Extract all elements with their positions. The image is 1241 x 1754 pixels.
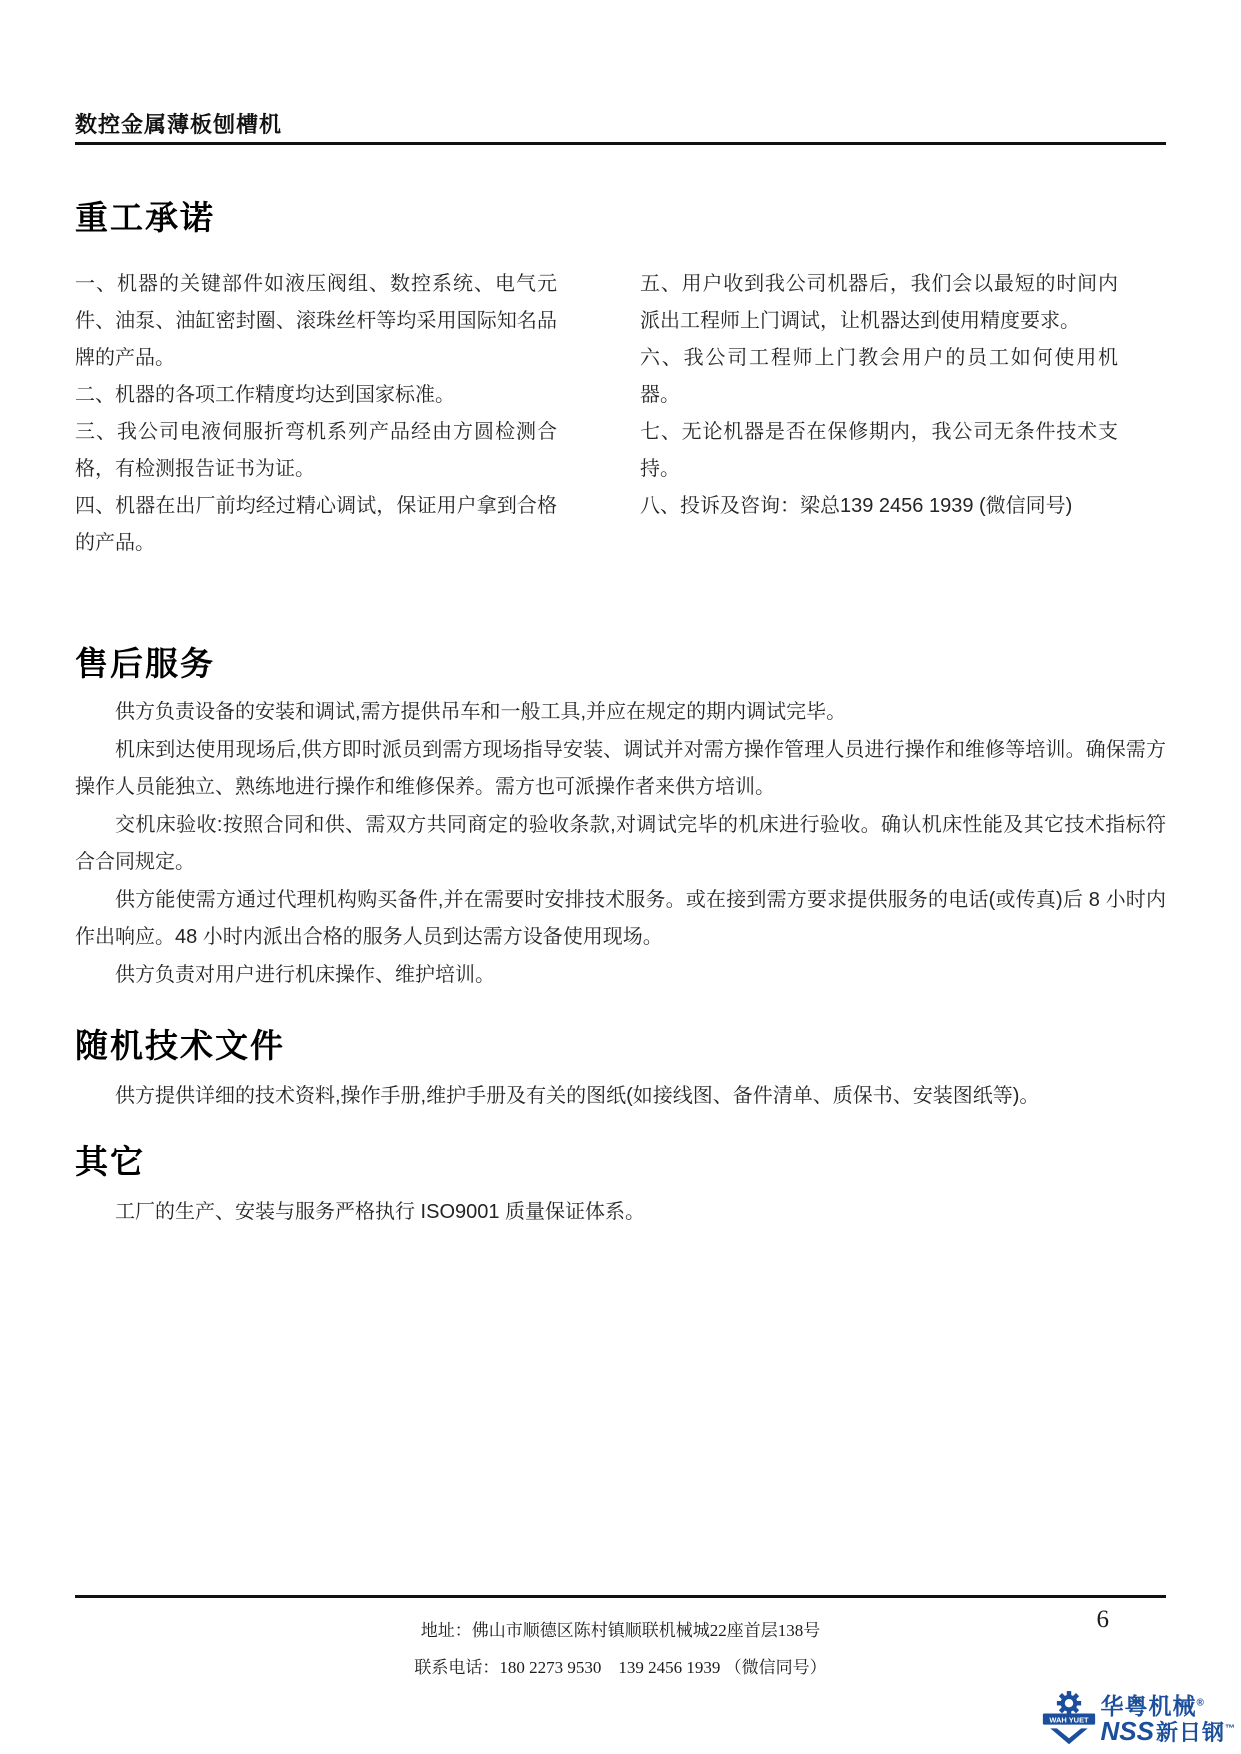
- tech-docs-paragraphs: 供方提供详细的技术资料,操作手册,维护手册及有关的图纸(如接线图、备件清单、质保…: [75, 1078, 1166, 1116]
- section-title-others: 其它: [75, 1144, 145, 1180]
- after-sales-paragraph-1: 供方负责设备的安装和调试,需方提供吊车和一般工具,并应在规定的期内调试完毕。: [75, 694, 1166, 732]
- commitment-columns: 一、机器的关键部件如液压阀组、数控系统、电气元件、油泵、油缸密封圈、滚珠丝杆等均…: [75, 266, 1166, 562]
- commitment-item-6: 六、我公司工程师上门教会用户的员工如何使用机器。: [640, 340, 1118, 414]
- brand-name-line: 华粤机械®: [1101, 1694, 1236, 1718]
- brand-logo: WAH YUET 华粤机械® NSS新日钢™: [1041, 1690, 1236, 1750]
- gear-banner-text: WAH YUET: [1049, 1715, 1089, 1724]
- after-sales-paragraphs: 供方负责设备的安装和调试,需方提供吊车和一般工具,并应在规定的期内调试完毕。 机…: [75, 694, 1166, 994]
- others-paragraph-1: 工厂的生产、安装与服务严格执行 ISO9001 质量保证体系。: [75, 1194, 1166, 1232]
- page-header: 数控金属薄板刨槽机: [75, 108, 1166, 139]
- commitment-left-column: 一、机器的关键部件如液压阀组、数控系统、电气元件、油泵、油缸密封圈、滚珠丝杆等均…: [75, 266, 557, 562]
- page-footer: 地址：佛山市顺德区陈村镇顺联机械城22座首层138号 联系电话：180 2273…: [75, 1612, 1166, 1686]
- commitment-item-3: 三、我公司电液伺服折弯机系列产品经由方圆检测合格，有检测报告证书为证。: [75, 414, 557, 488]
- footer-phone: 联系电话：180 2273 9530 139 2456 1939 （微信同号）: [75, 1649, 1166, 1686]
- brand-name: 华粤机械: [1101, 1693, 1197, 1719]
- wah-yuet-gear-icon: WAH YUET: [1041, 1690, 1097, 1750]
- document-page: 数控金属薄板刨槽机 重工承诺 一、机器的关键部件如液压阀组、数控系统、电气元件、…: [0, 0, 1241, 1754]
- registered-mark: ®: [1197, 1698, 1205, 1709]
- after-sales-paragraph-5: 供方负责对用户进行机床操作、维护培训。: [75, 957, 1166, 995]
- after-sales-paragraph-2: 机床到达使用现场后,供方即时派员到需方现场指导安装、调试并对需方操作管理人员进行…: [75, 732, 1166, 807]
- nss-wordmark: NSS: [1101, 1716, 1154, 1746]
- others-paragraphs: 工厂的生产、安装与服务严格执行 ISO9001 质量保证体系。: [75, 1194, 1166, 1232]
- header-divider: [75, 142, 1166, 145]
- footer-divider: [75, 1595, 1166, 1598]
- footer-address: 地址：佛山市顺德区陈村镇顺联机械城22座首层138号: [75, 1612, 1166, 1649]
- after-sales-paragraph-3: 交机床验收:按照合同和供、需双方共同商定的验收条款,对调试完毕的机床进行验收。确…: [75, 807, 1166, 882]
- section-title-commitment: 重工承诺: [75, 200, 215, 236]
- after-sales-paragraph-4: 供方能使需方通过代理机构购买备件,并在需要时安排技术服务。或在接到需方要求提供服…: [75, 882, 1166, 957]
- commitment-item-4: 四、机器在出厂前均经过精心调试，保证用户拿到合格的产品。: [75, 488, 557, 562]
- tech-docs-paragraph-1: 供方提供详细的技术资料,操作手册,维护手册及有关的图纸(如接线图、备件清单、质保…: [75, 1078, 1166, 1116]
- section-title-after-sales: 售后服务: [75, 646, 215, 682]
- commitment-item-5: 五、用户收到我公司机器后，我们会以最短的时间内派出工程师上门调试，让机器达到使用…: [640, 266, 1118, 340]
- commitment-item-1: 一、机器的关键部件如液压阀组、数控系统、电气元件、油泵、油缸密封圈、滚珠丝杆等均…: [75, 266, 557, 377]
- commitment-item-8: 八、投诉及咨询：梁总139 2456 1939 (微信同号): [640, 488, 1118, 525]
- header-title: 数控金属薄板刨槽机: [75, 108, 1166, 139]
- commitment-item-7: 七、无论机器是否在保修期内，我公司无条件技术支持。: [640, 414, 1118, 488]
- page-number: 6: [1097, 1606, 1110, 1634]
- commitment-item-2: 二、机器的各项工作精度均达到国家标准。: [75, 377, 557, 414]
- brand-logo-text: 华粤机械® NSS新日钢™: [1101, 1694, 1236, 1745]
- trademark-mark: ™: [1225, 1724, 1236, 1735]
- commitment-right-column: 五、用户收到我公司机器后，我们会以最短的时间内派出工程师上门调试，让机器达到使用…: [640, 266, 1118, 562]
- sub-brand-name: 新日钢: [1156, 1720, 1225, 1745]
- section-title-tech-docs: 随机技术文件: [75, 1028, 285, 1064]
- sub-brand-line: NSS新日钢™: [1101, 1718, 1236, 1745]
